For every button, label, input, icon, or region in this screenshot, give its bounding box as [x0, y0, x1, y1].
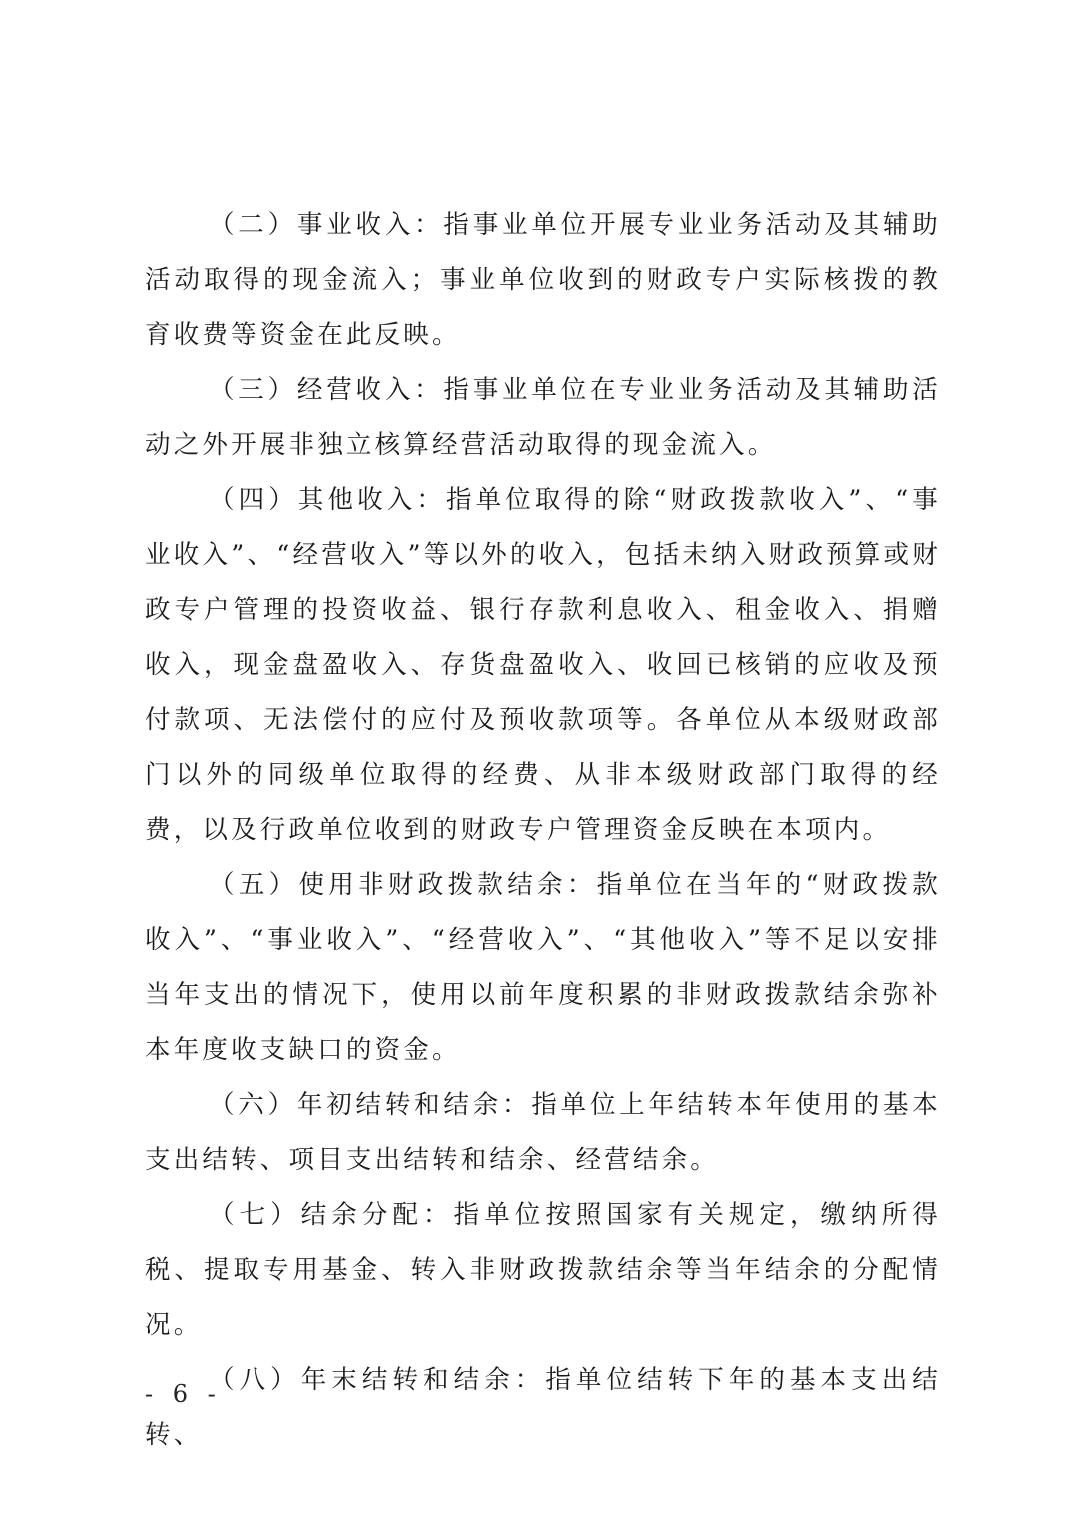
page-number: - 6 - [145, 1380, 222, 1408]
paragraph-operating-income: （三）经营收入：指事业单位在专业业务活动及其辅助活动之外开展非独立核算经营活动取… [145, 363, 941, 473]
paragraph-non-fiscal-surplus-use: （五）使用非财政拨款结余：指单位在当年的“财政拨款收入”、“事业收入”、“经营收… [145, 858, 941, 1078]
paragraph-opening-carryover: （六）年初结转和结余：指单位上年结转本年使用的基本支出结转、项目支出结转和结余、… [145, 1078, 941, 1188]
document-body: （二）事业收入：指事业单位开展专业业务活动及其辅助活动取得的现金流入；事业单位收… [145, 198, 941, 1463]
paragraph-business-income: （二）事业收入：指事业单位开展专业业务活动及其辅助活动取得的现金流入；事业单位收… [145, 198, 941, 363]
paragraph-closing-carryover: （八）年末结转和结余：指单位结转下年的基本支出结转、 [145, 1353, 941, 1463]
paragraph-other-income: （四）其他收入：指单位取得的除“财政拨款收入”、“事业收入”、“经营收入”等以外… [145, 473, 941, 858]
paragraph-surplus-distribution: （七）结余分配：指单位按照国家有关规定，缴纳所得税、提取专用基金、转入非财政拨款… [145, 1188, 941, 1353]
